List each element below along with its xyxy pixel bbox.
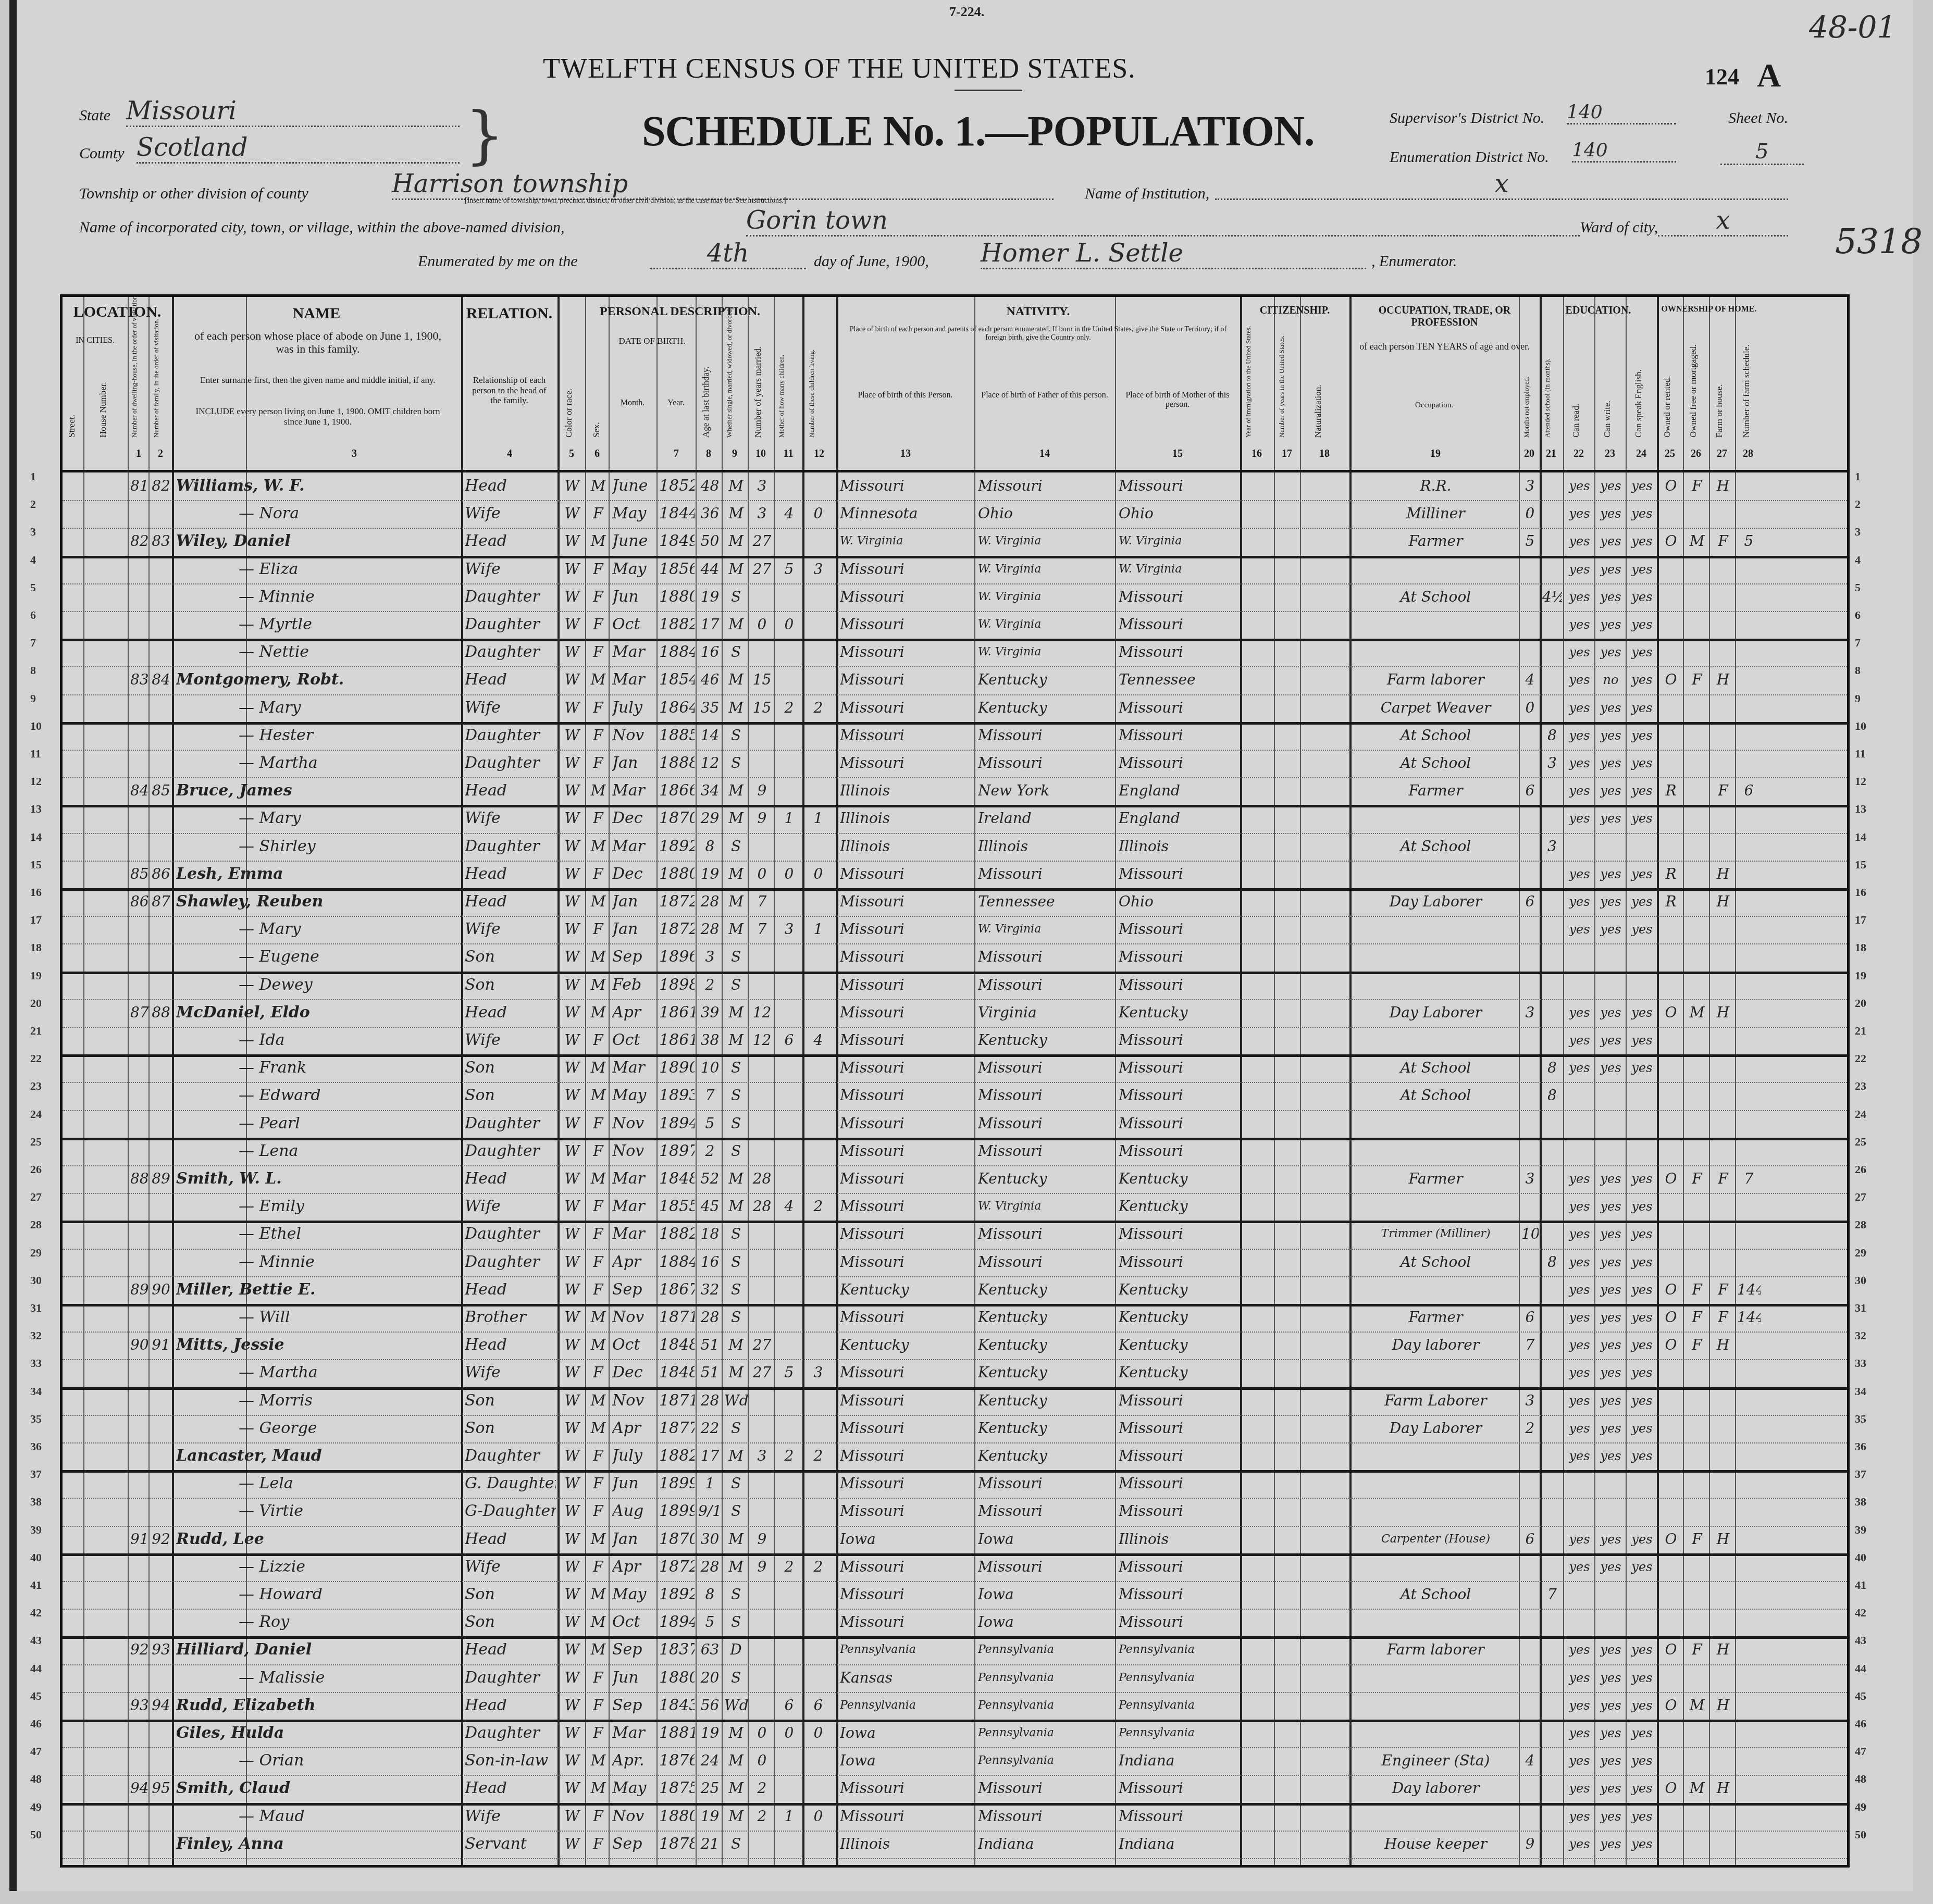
color: W bbox=[562, 1333, 583, 1357]
owned-rented bbox=[1660, 1250, 1682, 1274]
birthplace-mother: Missouri bbox=[1119, 1416, 1238, 1440]
line-number: 39 bbox=[1855, 1523, 1866, 1537]
birth-month: Nov bbox=[612, 1305, 655, 1329]
line-number: 47 bbox=[30, 1745, 42, 1758]
corner-number: 48-01 bbox=[1809, 9, 1896, 45]
months-unemployed: 6 bbox=[1521, 1305, 1539, 1329]
relation: Wife bbox=[465, 557, 556, 581]
birth-year: 1844 bbox=[659, 501, 695, 525]
color: W bbox=[562, 1388, 583, 1412]
occupation bbox=[1354, 1277, 1518, 1301]
free-mortgaged bbox=[1686, 1499, 1708, 1523]
header-house: House Number. bbox=[98, 359, 108, 438]
sex: M bbox=[589, 1083, 608, 1107]
attended-school bbox=[1542, 889, 1562, 913]
table-row: 8586Lesh, EmmaHeadWFDec188019M000Missour… bbox=[63, 861, 1847, 891]
family-number bbox=[151, 1139, 171, 1163]
birthplace-mother: Missouri bbox=[1119, 1471, 1238, 1495]
marital-status: M bbox=[724, 1443, 748, 1467]
can-speak: yes bbox=[1628, 1416, 1656, 1440]
mother-of bbox=[777, 1832, 801, 1856]
children-living: 3 bbox=[807, 1360, 830, 1384]
occupation bbox=[1354, 1665, 1518, 1689]
can-speak bbox=[1628, 1582, 1656, 1606]
farm-schedule bbox=[1737, 1222, 1761, 1246]
free-mortgaged bbox=[1686, 917, 1708, 941]
sex: F bbox=[589, 1499, 608, 1523]
farm-schedule bbox=[1737, 1832, 1761, 1856]
can-speak: yes bbox=[1628, 1721, 1656, 1745]
header-months-unemployed: Months not employed. bbox=[1522, 385, 1531, 438]
free-mortgaged bbox=[1686, 973, 1708, 997]
color: W bbox=[562, 778, 583, 802]
can-write: yes bbox=[1596, 889, 1625, 913]
owned-rented bbox=[1660, 1083, 1682, 1107]
birthplace-person: Missouri bbox=[840, 1000, 973, 1024]
column-number: 3 bbox=[346, 448, 362, 460]
color: W bbox=[562, 1637, 583, 1661]
occupation: R.R. bbox=[1354, 474, 1518, 497]
age: 16 bbox=[698, 640, 722, 664]
free-mortgaged bbox=[1686, 1388, 1708, 1412]
line-number: 42 bbox=[1855, 1606, 1866, 1620]
owned-rented: O bbox=[1660, 667, 1682, 691]
marital-status: M bbox=[724, 667, 748, 691]
years-married bbox=[750, 944, 774, 968]
attended-school bbox=[1542, 557, 1562, 581]
can-read: yes bbox=[1565, 1166, 1594, 1190]
children-living bbox=[807, 1139, 830, 1163]
age: 28 bbox=[698, 889, 722, 913]
attended-school bbox=[1542, 806, 1562, 830]
occupation: At School bbox=[1354, 1250, 1518, 1274]
age: 2 bbox=[698, 973, 722, 997]
farm-house bbox=[1712, 1250, 1734, 1274]
birthplace-mother: Illinois bbox=[1119, 834, 1238, 858]
family-number bbox=[151, 695, 171, 719]
relation: Daughter bbox=[465, 723, 556, 747]
dwelling-number bbox=[130, 1721, 148, 1745]
farm-house: H bbox=[1712, 474, 1734, 497]
birth-year: 1898 bbox=[659, 973, 695, 997]
birthplace-mother: Missouri bbox=[1119, 612, 1238, 636]
header-name: NAME bbox=[172, 305, 461, 323]
birth-year: 1837 bbox=[659, 1637, 695, 1661]
header-mother-of: Mother of how many children. bbox=[777, 328, 786, 438]
can-read: yes bbox=[1565, 723, 1594, 747]
age: 7 bbox=[698, 1083, 722, 1107]
column-number: 6 bbox=[589, 448, 605, 460]
farm-schedule bbox=[1737, 1471, 1761, 1495]
free-mortgaged bbox=[1686, 584, 1708, 608]
family-number bbox=[151, 806, 171, 830]
owned-rented bbox=[1660, 1554, 1682, 1578]
line-number: 50 bbox=[1855, 1828, 1866, 1841]
attended-school bbox=[1542, 474, 1562, 497]
birth-year: 1882 bbox=[659, 1443, 695, 1467]
line-number: 24 bbox=[30, 1107, 42, 1121]
person-name: Wiley, Daniel bbox=[176, 529, 457, 553]
can-read: yes bbox=[1565, 1637, 1594, 1661]
mother-of: 1 bbox=[777, 1804, 801, 1828]
mother-of bbox=[777, 723, 801, 747]
birth-month: Mar bbox=[612, 1194, 655, 1218]
birthplace-mother: Kentucky bbox=[1119, 1277, 1238, 1301]
sex: F bbox=[589, 1194, 608, 1218]
marital-status: M bbox=[724, 1360, 748, 1384]
table-row: — MalissieDaughterWFJun188020SKansasPenn… bbox=[63, 1664, 1847, 1693]
attended-school bbox=[1542, 1748, 1562, 1772]
birthplace-father: Missouri bbox=[978, 1804, 1113, 1828]
children-living bbox=[807, 1416, 830, 1440]
dwelling-number bbox=[130, 1222, 148, 1246]
can-speak: yes bbox=[1628, 612, 1656, 636]
months-unemployed bbox=[1521, 1250, 1539, 1274]
free-mortgaged bbox=[1686, 806, 1708, 830]
birthplace-person: Missouri bbox=[840, 474, 973, 497]
age: 63 bbox=[698, 1637, 722, 1661]
birthplace-person: Missouri bbox=[840, 1250, 973, 1274]
sex: F bbox=[589, 1139, 608, 1163]
family-number bbox=[151, 1582, 171, 1606]
attended-school bbox=[1542, 1527, 1562, 1551]
birth-year: 1867 bbox=[659, 1277, 695, 1301]
relation: Head bbox=[465, 1000, 556, 1024]
marital-status: S bbox=[724, 1222, 748, 1246]
table-row: — MaryWifeWFJan187228M731MissouriW. Virg… bbox=[63, 916, 1847, 944]
children-living: 2 bbox=[807, 1194, 830, 1218]
birthplace-person: Missouri bbox=[840, 1776, 973, 1800]
mother-of bbox=[777, 889, 801, 913]
birthplace-person: Missouri bbox=[840, 584, 973, 608]
owned-rented bbox=[1660, 1471, 1682, 1495]
dwelling-number bbox=[130, 1804, 148, 1828]
birthplace-father: Iowa bbox=[978, 1610, 1113, 1634]
sex: M bbox=[589, 1416, 608, 1440]
township-note: [Insert name of township, town, precinct… bbox=[465, 197, 786, 205]
mother-of bbox=[777, 1610, 801, 1634]
birthplace-father: Missouri bbox=[978, 1499, 1113, 1523]
farm-house bbox=[1712, 806, 1734, 830]
can-read: yes bbox=[1565, 501, 1594, 525]
birth-month: Jun bbox=[612, 1471, 655, 1495]
table-row: — MinnieDaughterWFApr188416SMissouriMiss… bbox=[63, 1249, 1847, 1277]
mother-of: 4 bbox=[777, 501, 801, 525]
owned-rented bbox=[1660, 1111, 1682, 1135]
months-unemployed bbox=[1521, 612, 1539, 636]
can-speak: yes bbox=[1628, 1693, 1656, 1717]
farm-schedule bbox=[1737, 1804, 1761, 1828]
months-unemployed bbox=[1521, 584, 1539, 608]
line-number: 11 bbox=[1855, 747, 1866, 761]
farm-house bbox=[1712, 1360, 1734, 1384]
can-speak bbox=[1628, 1499, 1656, 1523]
line-number: 40 bbox=[1855, 1551, 1866, 1564]
header-naturalization: Naturalization. bbox=[1313, 349, 1323, 438]
birth-year: 1896 bbox=[659, 944, 695, 968]
line-number: 11 bbox=[30, 747, 41, 761]
column-number: 1 bbox=[131, 448, 146, 460]
birth-month: Apr bbox=[612, 1554, 655, 1578]
sex: F bbox=[589, 1028, 608, 1052]
months-unemployed bbox=[1521, 1721, 1539, 1745]
header-personal: PERSONAL DESCRIPTION. bbox=[557, 305, 802, 319]
can-speak bbox=[1628, 1139, 1656, 1163]
can-read bbox=[1565, 973, 1594, 997]
birthplace-person: Missouri bbox=[840, 917, 973, 941]
township-label: Township or other division of county bbox=[79, 185, 308, 203]
color: W bbox=[562, 1028, 583, 1052]
can-write: yes bbox=[1596, 1388, 1625, 1412]
relation: Daughter bbox=[465, 1222, 556, 1246]
dwelling-number bbox=[130, 1055, 148, 1079]
color: W bbox=[562, 1194, 583, 1218]
can-speak: yes bbox=[1628, 557, 1656, 581]
can-speak: yes bbox=[1628, 474, 1656, 497]
can-write: yes bbox=[1596, 1222, 1625, 1246]
owned-rented bbox=[1660, 1388, 1682, 1412]
occupation: Day Laborer bbox=[1354, 1000, 1518, 1024]
enumerator-name: Homer L. Settle bbox=[981, 239, 1366, 269]
age: 30 bbox=[698, 1527, 722, 1551]
years-married: 7 bbox=[750, 917, 774, 941]
column-number: 26 bbox=[1688, 448, 1704, 460]
marital-status: M bbox=[724, 917, 748, 941]
months-unemployed: 3 bbox=[1521, 1166, 1539, 1190]
dwelling-number: 85 bbox=[130, 862, 148, 886]
family-number bbox=[151, 1305, 171, 1329]
line-number: 13 bbox=[1855, 802, 1866, 816]
farm-schedule bbox=[1737, 474, 1761, 497]
birth-year: 1854 bbox=[659, 667, 695, 691]
months-unemployed bbox=[1521, 1139, 1539, 1163]
farm-schedule bbox=[1737, 1360, 1761, 1384]
birth-year: 1864 bbox=[659, 695, 695, 719]
attended-school bbox=[1542, 1471, 1562, 1495]
column-number: 5 bbox=[564, 448, 579, 460]
institution-label: Name of Institution, bbox=[1085, 185, 1209, 203]
owned-rented: O bbox=[1660, 474, 1682, 497]
can-read: yes bbox=[1565, 557, 1594, 581]
age: 19 bbox=[698, 862, 722, 886]
farm-schedule bbox=[1737, 1693, 1761, 1717]
children-living bbox=[807, 1388, 830, 1412]
column-number: 2 bbox=[153, 448, 168, 460]
farm-schedule bbox=[1737, 1111, 1761, 1135]
line-number: 27 bbox=[30, 1190, 42, 1204]
farm-schedule bbox=[1737, 1055, 1761, 1079]
can-read bbox=[1565, 1582, 1594, 1606]
family-number: 92 bbox=[151, 1527, 171, 1551]
line-number: 6 bbox=[30, 608, 36, 622]
children-living bbox=[807, 1083, 830, 1107]
marital-status: Wd bbox=[724, 1693, 748, 1717]
color: W bbox=[562, 973, 583, 997]
dwelling-number bbox=[130, 1471, 148, 1495]
birthplace-father: Indiana bbox=[978, 1832, 1113, 1856]
table-row: — DeweySonWMFeb18982SMissouriMissouriMis… bbox=[63, 972, 1847, 1000]
mother-of: 5 bbox=[777, 557, 801, 581]
family-number bbox=[151, 1554, 171, 1578]
free-mortgaged: M bbox=[1686, 1693, 1708, 1717]
birthplace-father: Missouri bbox=[978, 751, 1113, 775]
header-nativity: NATIVITY. bbox=[836, 305, 1240, 319]
family-number bbox=[151, 917, 171, 941]
line-number: 19 bbox=[1855, 969, 1866, 982]
can-speak bbox=[1628, 944, 1656, 968]
header-birth-father: Place of birth of Father of this person. bbox=[980, 391, 1110, 400]
birthplace-father: Pennsylvania bbox=[978, 1637, 1113, 1661]
mother-of bbox=[777, 667, 801, 691]
header-relation: RELATION. bbox=[461, 305, 557, 323]
line-number: 22 bbox=[1855, 1052, 1866, 1065]
enumerated-label: Enumerated by me on the bbox=[418, 253, 578, 270]
birth-year: 1866 bbox=[659, 778, 695, 802]
age: 16 bbox=[698, 1250, 722, 1274]
months-unemployed bbox=[1521, 1055, 1539, 1079]
line-number: 3 bbox=[1855, 525, 1861, 539]
farm-house: F bbox=[1712, 529, 1734, 553]
farm-house: H bbox=[1712, 862, 1734, 886]
age: 39 bbox=[698, 1000, 722, 1024]
sex: F bbox=[589, 1471, 608, 1495]
years-married: 9 bbox=[750, 806, 774, 830]
years-married: 27 bbox=[750, 1360, 774, 1384]
birthplace-mother: Missouri bbox=[1119, 917, 1238, 941]
children-living: 0 bbox=[807, 1804, 830, 1828]
marital-status: M bbox=[724, 1028, 748, 1052]
family-number: 82 bbox=[151, 474, 171, 497]
family-number bbox=[151, 1388, 171, 1412]
occupation: At School bbox=[1354, 751, 1518, 775]
birthplace-mother: Missouri bbox=[1119, 1610, 1238, 1634]
family-number: 90 bbox=[151, 1277, 171, 1301]
farm-house: H bbox=[1712, 889, 1734, 913]
table-row: 8788McDaniel, EldoHeadWMApr186139M12Miss… bbox=[63, 999, 1847, 1028]
mother-of: 6 bbox=[777, 1693, 801, 1717]
sex: M bbox=[589, 474, 608, 497]
children-living bbox=[807, 584, 830, 608]
marital-status: S bbox=[724, 1055, 748, 1079]
marital-status: M bbox=[724, 612, 748, 636]
age: 29 bbox=[698, 806, 722, 830]
column-number: 8 bbox=[701, 448, 716, 460]
color: W bbox=[562, 862, 583, 886]
age: 5 bbox=[698, 1610, 722, 1634]
birth-year: 1899 bbox=[659, 1499, 695, 1523]
birth-month: May bbox=[612, 557, 655, 581]
years-married bbox=[750, 751, 774, 775]
age: 52 bbox=[698, 1166, 722, 1190]
birthplace-mother: Illinois bbox=[1119, 1527, 1238, 1551]
birth-month: Oct bbox=[612, 612, 655, 636]
farm-schedule bbox=[1737, 1748, 1761, 1772]
attended-school bbox=[1542, 695, 1562, 719]
table-row: — VirtieG-DaughterWFAug18999/12SMissouri… bbox=[63, 1498, 1847, 1526]
birth-year: 1872 bbox=[659, 889, 695, 913]
relation: Son bbox=[465, 1388, 556, 1412]
color: W bbox=[562, 1665, 583, 1689]
years-married bbox=[750, 1250, 774, 1274]
line-number: 9 bbox=[1855, 692, 1861, 705]
form-number: 7-224. bbox=[949, 4, 984, 20]
sex: M bbox=[589, 1055, 608, 1079]
can-write: yes bbox=[1596, 751, 1625, 775]
line-number: 7 bbox=[1855, 636, 1861, 650]
county-label: County bbox=[79, 145, 125, 163]
can-write: no bbox=[1596, 667, 1625, 691]
owned-rented bbox=[1660, 1804, 1682, 1828]
years-married bbox=[750, 1693, 774, 1717]
birth-month: Jan bbox=[612, 917, 655, 941]
years-married bbox=[750, 1471, 774, 1495]
free-mortgaged bbox=[1686, 1083, 1708, 1107]
marital-status: S bbox=[724, 1083, 748, 1107]
farm-schedule bbox=[1737, 612, 1761, 636]
column-number: 7 bbox=[668, 448, 684, 460]
column-number: 28 bbox=[1740, 448, 1756, 460]
sex: M bbox=[589, 1305, 608, 1329]
color: W bbox=[562, 1083, 583, 1107]
header-owned-rented: Owned or rented. bbox=[1662, 349, 1672, 438]
birth-month: Dec bbox=[612, 806, 655, 830]
farm-schedule bbox=[1737, 1637, 1761, 1661]
marital-status: S bbox=[724, 1499, 748, 1523]
children-living: 0 bbox=[807, 501, 830, 525]
children-living bbox=[807, 889, 830, 913]
months-unemployed: 10 bbox=[1521, 1222, 1539, 1246]
birthplace-father: Pennsylvania bbox=[978, 1665, 1113, 1689]
owned-rented bbox=[1660, 973, 1682, 997]
farm-house: F bbox=[1712, 1166, 1734, 1190]
line-number: 47 bbox=[1855, 1745, 1866, 1758]
birthplace-father: Kentucky bbox=[978, 1443, 1113, 1467]
header-street: Street. bbox=[67, 359, 77, 438]
relation: G. Daughter bbox=[465, 1471, 556, 1495]
free-mortgaged: F bbox=[1686, 667, 1708, 691]
dwelling-number bbox=[130, 917, 148, 941]
mother-of bbox=[777, 1388, 801, 1412]
family-number: 94 bbox=[151, 1693, 171, 1717]
line-number: 17 bbox=[30, 913, 42, 927]
free-mortgaged bbox=[1686, 1416, 1708, 1440]
mother-of: 4 bbox=[777, 1194, 801, 1218]
header-free-mortgaged: Owned free or mortgaged. bbox=[1688, 328, 1699, 438]
occupation: Trimmer (Milliner) bbox=[1354, 1222, 1518, 1246]
line-number: 15 bbox=[1855, 858, 1866, 872]
attended-school bbox=[1542, 862, 1562, 886]
can-speak: yes bbox=[1628, 1748, 1656, 1772]
free-mortgaged bbox=[1686, 557, 1708, 581]
line-number: 49 bbox=[30, 1800, 42, 1814]
marital-status: M bbox=[724, 501, 748, 525]
can-write: yes bbox=[1596, 1804, 1625, 1828]
family-number bbox=[151, 1665, 171, 1689]
family-number bbox=[151, 1028, 171, 1052]
can-read: yes bbox=[1565, 1665, 1594, 1689]
farm-schedule bbox=[1737, 1443, 1761, 1467]
occupation bbox=[1354, 1804, 1518, 1828]
children-living bbox=[807, 474, 830, 497]
months-unemployed bbox=[1521, 640, 1539, 664]
free-mortgaged bbox=[1686, 1721, 1708, 1745]
relation: Wife bbox=[465, 917, 556, 941]
farm-house bbox=[1712, 584, 1734, 608]
dwelling-number bbox=[130, 751, 148, 775]
table-row: 8384Montgomery, Robt.HeadWMMar185446M15M… bbox=[63, 666, 1847, 695]
can-write bbox=[1596, 1582, 1625, 1606]
sex: M bbox=[589, 1610, 608, 1634]
